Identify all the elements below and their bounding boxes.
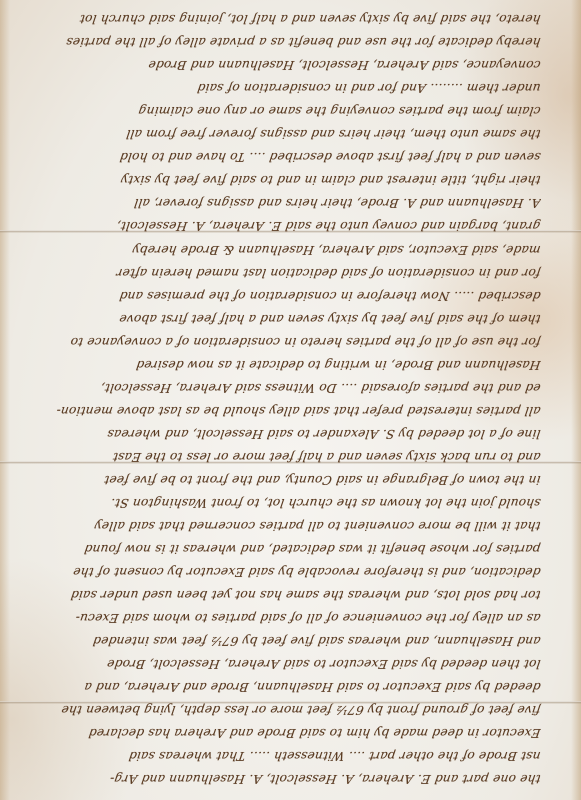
- text-line: in the town of Belgrange in said County,…: [20, 465, 542, 487]
- deed-page: the one part and E. Arehera, A. Hesselco…: [0, 0, 581, 800]
- text-line: the same unto them, their heirs and assi…: [20, 119, 542, 141]
- text-line: their right, title interest and claim in…: [20, 165, 542, 187]
- text-line: parties for whose benefit it was dedicat…: [20, 534, 542, 556]
- text-line: as an alley for the convenience of all o…: [20, 603, 542, 625]
- text-line: described ..... Now therefore in conside…: [20, 281, 542, 303]
- text-line: hereby dedicate for the use and benefit …: [20, 27, 542, 49]
- text-line: seven and a half feet first above descri…: [20, 142, 542, 164]
- text-line: and Haselhuann, and whereas said five fe…: [20, 626, 542, 648]
- text-line: line of a lot deeded by S. Alexander to …: [20, 419, 542, 441]
- text-line: Executor in deed made by him to said Bro…: [20, 718, 542, 740]
- text-line: that it will be more convenient to all p…: [20, 511, 542, 533]
- text-line: dedication, and is therefore revocable b…: [20, 557, 542, 579]
- text-line: deeded by said Executor to said Haselhua…: [20, 672, 542, 694]
- text-line: made, said Executor, said Arehera, Hasel…: [20, 235, 542, 257]
- text-line: claim from the parties conveying the sam…: [20, 96, 542, 118]
- text-line: grant, bargain and convey unto the said …: [20, 211, 542, 233]
- text-line: tor had sold lots, and whereas the same …: [20, 580, 542, 602]
- text-line: the one part and E. Arehera, A. Hesselco…: [20, 764, 542, 786]
- text-line: five feet of ground front by 67½ feet mo…: [20, 695, 542, 717]
- text-line: hereto, the said five by sixty seven and…: [20, 4, 542, 26]
- text-line: nst Brode of the other part .... Witness…: [20, 741, 542, 763]
- text-line: Haselhuann and Brode, in writing to dedi…: [20, 350, 542, 372]
- text-line: ed and the parties aforesaid .... Do Wit…: [20, 373, 542, 395]
- text-line: should join the lot known as the church …: [20, 488, 542, 510]
- text-line: conveyance, said Arehera, Hesselcolt, Ha…: [20, 50, 542, 72]
- text-line: for the use of all of the parties hereto…: [20, 327, 542, 349]
- text-line: and to run back sixty seven and a half f…: [20, 442, 542, 464]
- text-line: under them ........ And for and in consi…: [20, 73, 542, 95]
- text-line: for and in consideration of said dedicat…: [20, 258, 542, 280]
- handwritten-text-body: the one part and E. Arehera, A. Hesselco…: [0, 0, 581, 800]
- text-line: them of the said five feet by sixty seve…: [20, 304, 542, 326]
- text-line: A. Haselhuann and A. Brode, their heirs …: [20, 188, 542, 210]
- text-line: lot then deeded by said Executor to said…: [20, 649, 542, 671]
- text-line: all parties interested prefer that said …: [20, 396, 542, 418]
